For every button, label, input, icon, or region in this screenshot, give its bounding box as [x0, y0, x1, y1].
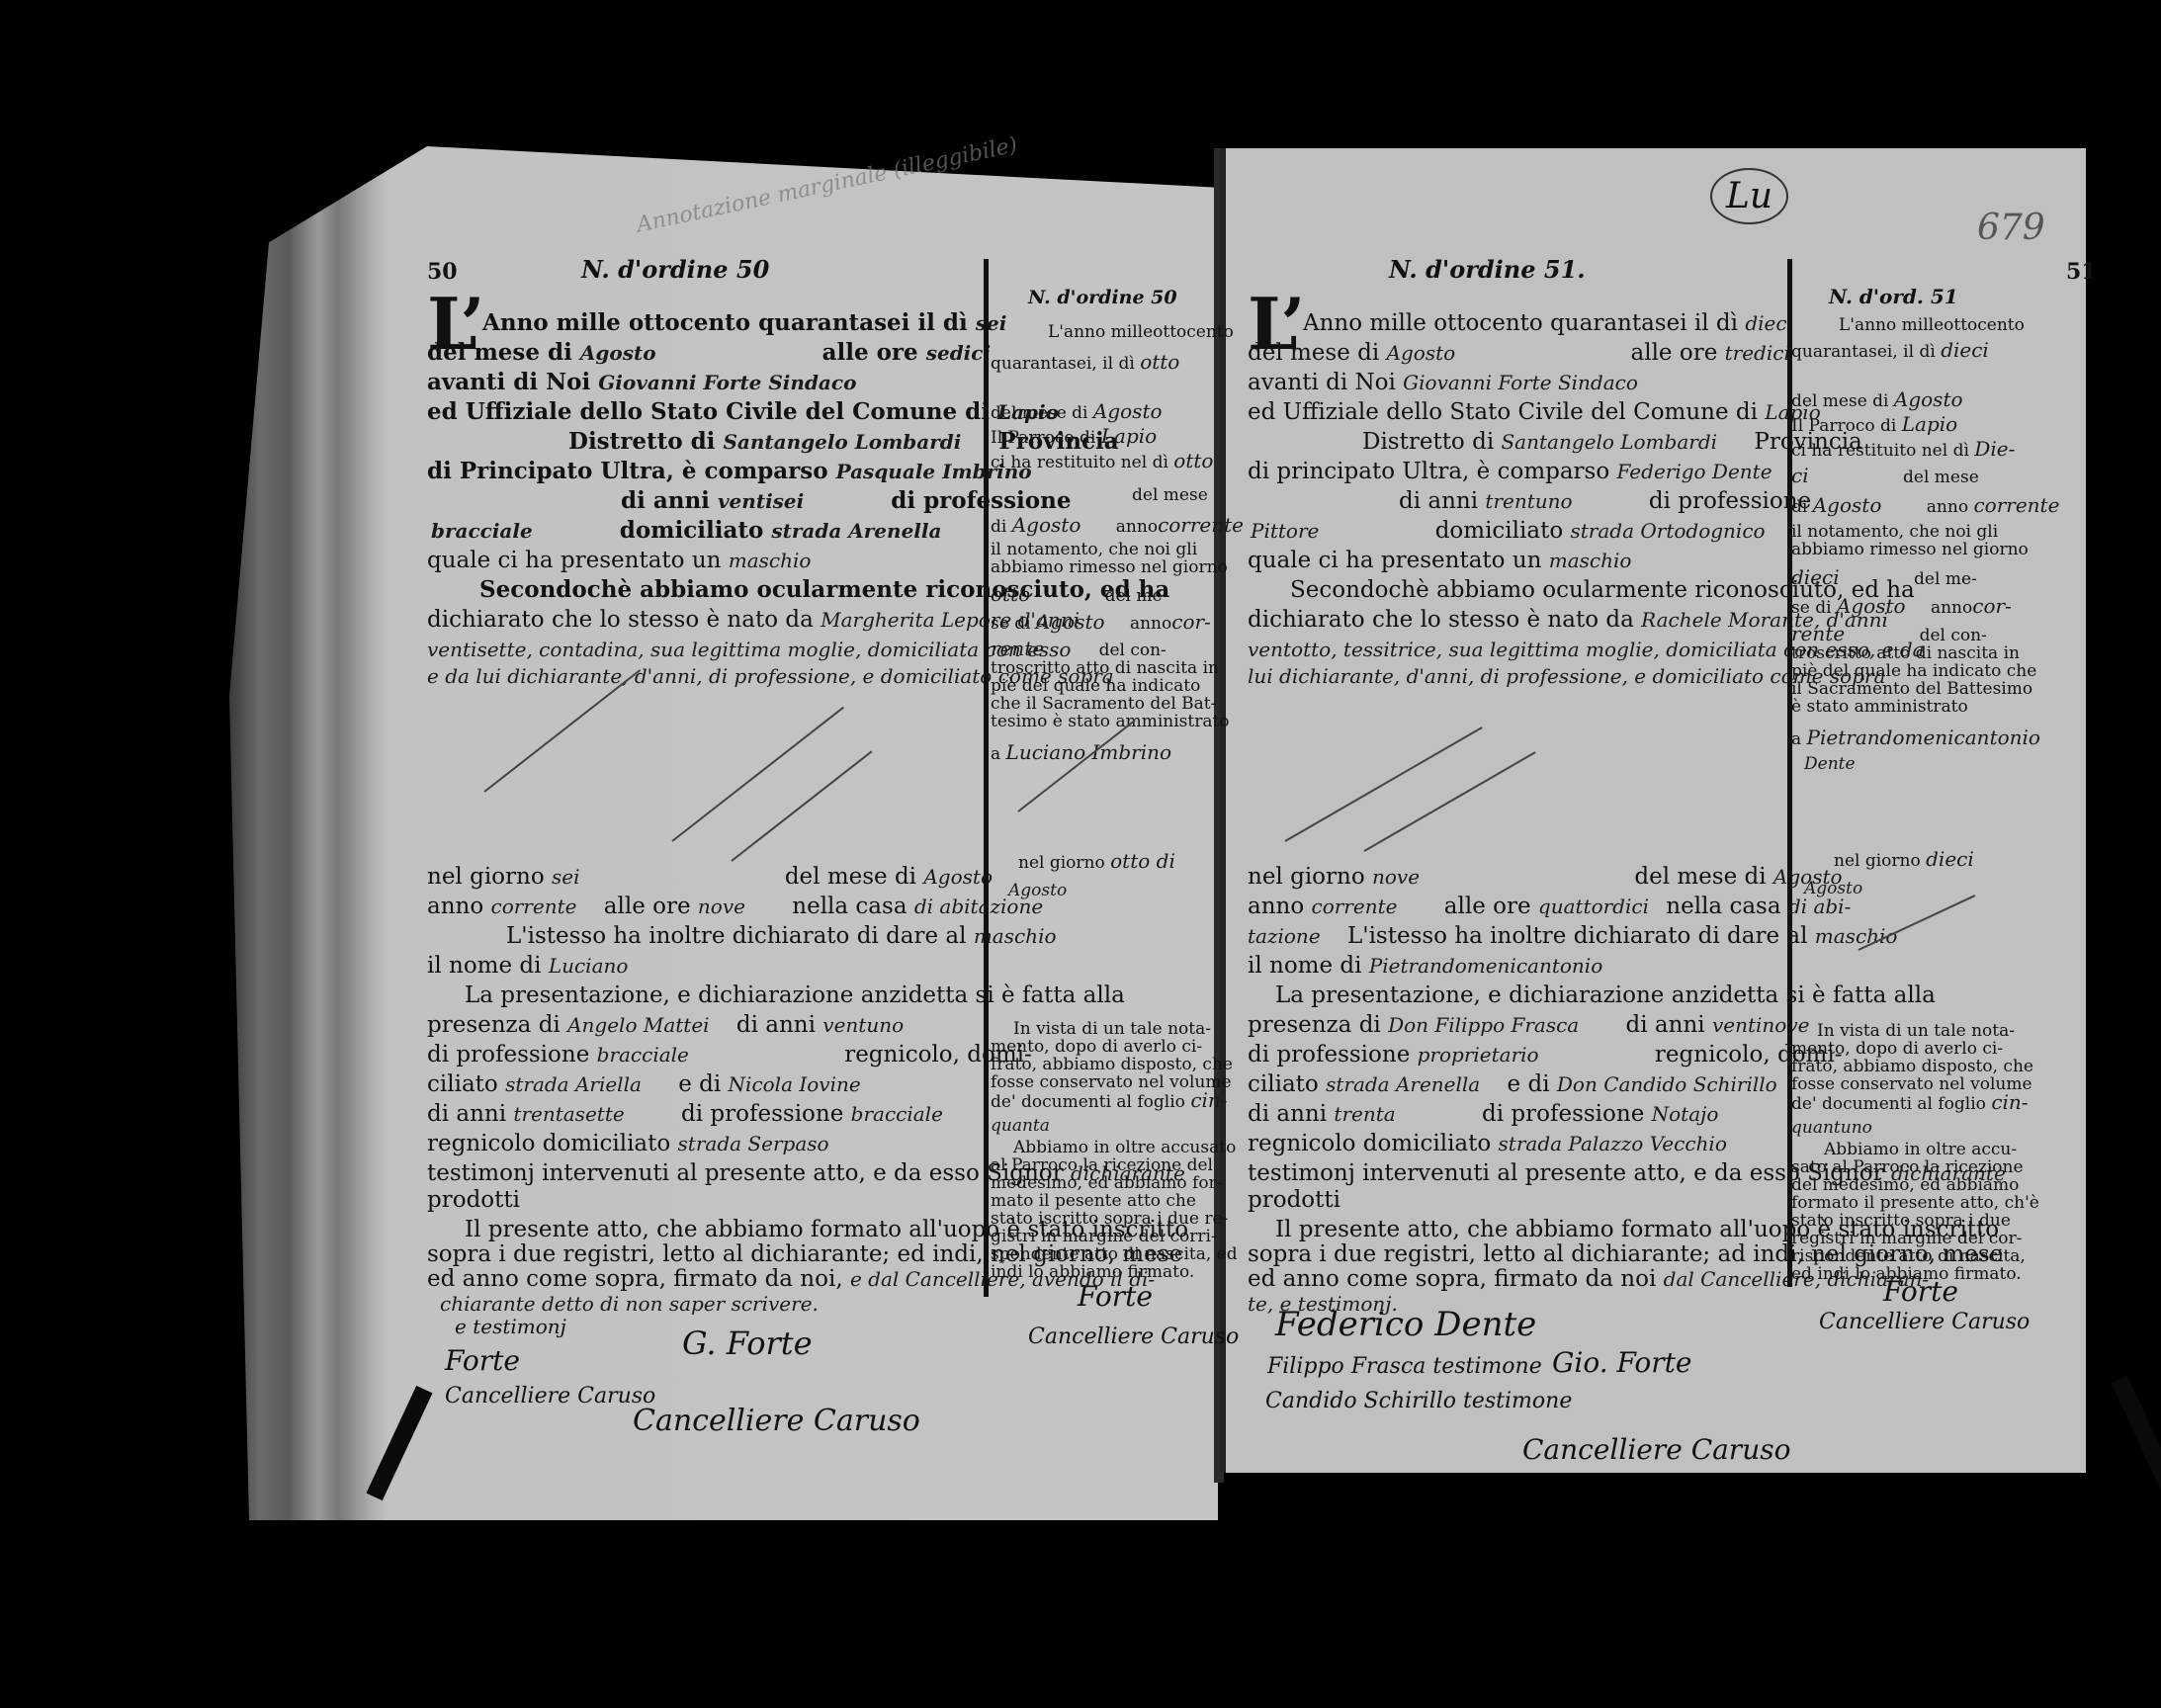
printed-text: il nome di — [427, 953, 542, 979]
handwritten-year: corrente — [491, 895, 577, 918]
handwritten-mayor: Giovanni Forte Sindaco — [1403, 371, 1638, 394]
folio-number: 679 — [1977, 208, 2045, 248]
printed-text: L'anno milleottocento — [1839, 314, 2025, 336]
printed-text: alle ore — [1631, 340, 1718, 366]
printed-text: di anni — [1399, 488, 1478, 514]
printed-text: tesimo è stato amministrato — [991, 711, 1230, 732]
printed-text: alle ore — [822, 339, 918, 366]
printed-text: ci ha restituito nel dì — [991, 453, 1168, 472]
printed-text: ci ha restituito nel dì — [1791, 441, 1969, 461]
handwritten-child-name: Pietrandomenicantonio — [1369, 954, 1602, 978]
handwritten-text: Dente — [1804, 753, 1856, 775]
handwritten-hour: tredici — [1725, 341, 1790, 365]
printed-text: testimonj intervenuti al presente atto, … — [427, 1160, 1064, 1186]
printed-text: di — [1791, 497, 1807, 517]
handwritten-text: ci — [1791, 464, 1809, 487]
handwritten-text: Agosto — [1804, 878, 1862, 899]
printed-text: anno — [1248, 894, 1304, 919]
printed-text: presenza di — [427, 1012, 561, 1038]
handwritten-witness1-address: strada Ariella — [505, 1072, 642, 1096]
printed-text: Il Parroco di — [991, 428, 1095, 448]
printed-text: del me- — [1914, 569, 1977, 589]
signature: Filippo Frasca testimone — [1267, 1354, 1542, 1379]
handwritten-text: dieci — [1926, 847, 1974, 871]
printed-text: di anni — [736, 1012, 816, 1038]
signature: Cancelliere Caruso — [1819, 1310, 2030, 1334]
printed-text: di principato Ultra, è comparso — [1248, 459, 1609, 484]
printed-text: nella casa — [1666, 894, 1780, 919]
handwritten-birth-hour: nove — [698, 895, 745, 918]
column-divider — [984, 259, 989, 1297]
printed-text: ciliato — [427, 1071, 498, 1097]
handwritten-text: chiarante detto di non saper scrivere. — [440, 1290, 819, 1318]
handwritten-witness1-address: strada Arenella — [1326, 1072, 1480, 1096]
printed-text: se di — [1791, 598, 1832, 618]
handwritten-mayor: Giovanni Forte Sindaco — [598, 371, 856, 394]
printed-text: è stato amministrato — [1791, 696, 1968, 718]
printed-text: Distretto di — [1362, 429, 1494, 455]
handwritten-place: tazione — [1248, 924, 1321, 948]
handwritten-child-name: Luciano — [549, 954, 629, 978]
printed-text: quarantasei, il dì — [1791, 342, 1936, 362]
printed-text: Distretto di — [568, 428, 715, 455]
handwritten-year: corrente — [1312, 895, 1398, 918]
handwritten-text: Agosto — [1012, 513, 1081, 537]
record-header: N. d'ordine 51. — [1389, 255, 1586, 284]
printed-text: alle ore — [604, 894, 691, 919]
record-header: N. d'ordine 50 — [581, 255, 769, 284]
printed-text: nel giorno — [1018, 853, 1105, 873]
printed-text: abbiamo rimesso nel giorno — [1791, 539, 2029, 560]
signature: Cancelliere Caruso — [1028, 1324, 1239, 1349]
handwritten-text: otto — [1173, 449, 1213, 472]
signature: Forte — [1078, 1280, 1153, 1313]
handwritten-declarant: Federigo Dente — [1617, 460, 1772, 483]
printed-text: di professione — [891, 487, 1071, 514]
printed-text: del mese di — [1791, 391, 1888, 411]
handwritten-profession: Pittore — [1251, 519, 1319, 543]
printed-text: abbiamo rimesso nel giorno — [991, 556, 1228, 578]
printed-text: del mese di — [1634, 864, 1766, 890]
printed-text: del mese di — [427, 339, 572, 366]
printed-text: e di — [678, 1071, 721, 1097]
handwritten-birth-hour: quattordici — [1538, 895, 1649, 918]
printed-text: ed Uffiziale dello Stato Civile del Comu… — [1248, 399, 1758, 425]
printed-text: L'istesso ha inoltre dichiarato di dare … — [1347, 923, 1808, 949]
printed-text: a — [1791, 729, 1801, 749]
signature: Cancelliere Caruso — [633, 1404, 920, 1438]
printed-text: ed anno come sopra, firmato da noi — [1248, 1266, 1656, 1292]
printed-text: domiciliato — [1435, 518, 1564, 544]
printed-text: L'istesso ha inoltre dichiarato di dare … — [506, 923, 967, 949]
handwritten-text: otto — [1140, 350, 1179, 374]
printed-text: domiciliato — [620, 517, 764, 544]
handwritten-text: Luciano Imbrino — [1006, 740, 1172, 764]
handwritten-witness1: Don Filippo Frasca — [1388, 1013, 1579, 1037]
handwritten-witness2: Nicola Iovine — [729, 1072, 861, 1096]
handwritten-text: cor- — [1972, 594, 2012, 618]
signature: Forte — [445, 1344, 520, 1377]
printed-text: La presentazione, e dichiarazione anzide… — [465, 982, 1125, 1009]
handwritten-text: dieci — [1941, 338, 1989, 362]
printed-text: di — [991, 517, 1006, 537]
printed-text: quale ci ha presentato un — [1248, 548, 1541, 573]
printed-text: anno — [1927, 497, 1968, 517]
printed-text: nella casa — [792, 894, 907, 919]
printed-text: e di — [1508, 1071, 1550, 1097]
printed-text: di professione — [1248, 1042, 1410, 1067]
handwritten-address: strada Arenella — [771, 519, 941, 543]
printed-text: Il Parroco di — [1791, 416, 1896, 436]
handwritten-text: cin- — [1991, 1090, 2028, 1114]
printed-text: ed anno come sopra, firmato da noi, — [427, 1266, 843, 1292]
handwritten-mother-details: ventisette, contadina, sua legittima mog… — [427, 636, 1071, 663]
printed-text: del me- — [1105, 586, 1168, 606]
handwritten-text: Lapio — [1101, 424, 1157, 448]
printed-text: del mese di — [785, 864, 916, 890]
handwritten-text: Agosto — [1093, 399, 1163, 423]
printed-text: a — [991, 744, 1000, 764]
printed-text: di professione — [1482, 1101, 1644, 1127]
signature: e testimonj — [455, 1315, 566, 1338]
printed-text: dichiarato che lo stesso è nato da — [1248, 607, 1634, 633]
handwritten-address: strada Ortodognico — [1571, 519, 1766, 543]
handwritten-day: dieci — [1745, 311, 1793, 335]
printed-text: anno — [1931, 598, 1972, 618]
printed-text: regnicolo domiciliato — [427, 1131, 670, 1156]
handwritten-age: trentuno — [1485, 489, 1572, 513]
printed-text: di professione — [427, 1042, 589, 1067]
printed-text: presenza di — [1248, 1012, 1381, 1038]
handwritten-text: dieci — [1791, 565, 1840, 589]
handwritten-witness1-prof: proprietario — [1418, 1043, 1539, 1067]
handwritten-text: Agosto — [1813, 493, 1882, 517]
handwritten-text: quanta — [991, 1115, 1050, 1137]
printed-text: anno — [1116, 517, 1158, 537]
printed-text: prodotti — [427, 1186, 520, 1214]
printed-text: del mese — [1903, 468, 1979, 487]
signature: Federico Dente — [1275, 1305, 1536, 1344]
printed-text: ciliato — [1248, 1071, 1319, 1097]
handwritten-text: Die- — [1974, 437, 2015, 461]
printed-text: nel giorno — [427, 864, 545, 890]
signature: Candido Schirillo testimone — [1265, 1389, 1572, 1413]
handwritten-hour: sedici — [926, 341, 991, 365]
handwritten-text: otto di — [1110, 849, 1175, 873]
handwritten-witness1: Angelo Mattei — [567, 1013, 709, 1037]
printed-text: avanti di Noi — [427, 369, 590, 395]
handwritten-district: Santangelo Lombardi — [723, 430, 961, 454]
page-clip — [2111, 1376, 2161, 1491]
printed-text: regnicolo domiciliato — [1248, 1131, 1491, 1156]
stamp: Lu — [1710, 168, 1788, 224]
printed-text: di professione — [681, 1101, 843, 1127]
printed-text: il nome di — [1248, 953, 1362, 979]
handwritten-birth-month: Agosto — [923, 865, 993, 889]
printed-text: ed Uffiziale dello Stato Civile del Comu… — [427, 398, 990, 425]
printed-text: anno — [1130, 614, 1171, 634]
printed-text: di Principato Ultra, è comparso — [427, 458, 828, 484]
printed-text: alle ore — [1444, 894, 1531, 919]
printed-text: Anno mille ottocento quarantasei il dì — [1303, 310, 1738, 336]
handwritten-witness2-prof: bracciale — [851, 1102, 943, 1126]
handwritten-text: corrente — [1158, 513, 1244, 537]
handwritten-month: Agosto — [1387, 341, 1456, 365]
printed-text: de' documenti al foglio — [991, 1092, 1185, 1112]
handwritten-text: corrente — [1973, 493, 2059, 517]
handwritten-witness1-prof: bracciale — [597, 1043, 689, 1067]
handwritten-witness1-age: ventinove — [1712, 1013, 1810, 1037]
printed-text: del mese di — [991, 403, 1087, 423]
side-header: N. d'ord. 51 — [1829, 285, 1958, 308]
handwritten-age: ventisei — [718, 489, 804, 513]
handwritten-day: sei — [976, 311, 1007, 335]
printed-text: nel giorno — [1248, 864, 1365, 890]
printed-text: La presentazione, e dichiarazione anzide… — [1275, 982, 1936, 1009]
printed-text: nel giorno — [1834, 851, 1921, 871]
signature: Cancelliere Caruso — [1522, 1433, 1790, 1466]
handwritten-birth-day: sei — [552, 865, 580, 889]
handwritten-text: Agosto — [1894, 387, 1963, 411]
handwritten-profession: bracciale — [431, 519, 533, 543]
signature: G. Forte — [682, 1324, 813, 1362]
printed-text: avanti di Noi — [1248, 370, 1396, 395]
signature: Forte — [1883, 1275, 1958, 1308]
printed-text: di anni — [621, 487, 710, 514]
handwritten-month: Agosto — [580, 341, 656, 365]
handwritten-text: cor- — [1171, 610, 1211, 634]
handwritten-text: Lapio — [1902, 412, 1957, 436]
handwritten-witness2-age: trenta — [1334, 1102, 1395, 1126]
page-number: 51 — [2066, 259, 2097, 285]
printed-text: anno — [427, 894, 483, 919]
side-header: N. d'ordine 50 — [1028, 287, 1177, 308]
signature: Cancelliere Caruso — [445, 1384, 655, 1409]
handwritten-text: Pietrandomenicantonio — [1807, 726, 2040, 749]
printed-text: quarantasei, il dì — [991, 354, 1135, 374]
handwritten-sex: maschio — [729, 549, 812, 572]
printed-text: di anni — [1248, 1101, 1327, 1127]
printed-text: di anni — [427, 1101, 506, 1127]
handwritten-district: Santangelo Lombardi — [1501, 430, 1717, 454]
handwritten-text: Agosto — [1008, 880, 1067, 901]
printed-text: Anno mille ottocento quarantasei il dì — [482, 309, 968, 336]
handwritten-witness2-prof: Notajo — [1652, 1102, 1719, 1126]
printed-text: de' documenti al foglio — [1791, 1094, 1986, 1114]
printed-text: L'anno milleottocento — [1048, 321, 1234, 343]
handwritten-sex: maschio — [1549, 549, 1632, 572]
handwritten-birth-day: nove — [1372, 865, 1420, 889]
printed-text: se di — [991, 614, 1031, 634]
handwritten-text: quantuno — [1791, 1117, 1872, 1139]
printed-text: di anni — [1626, 1012, 1705, 1038]
handwritten-witness2: Don Candido Schirillo — [1557, 1072, 1777, 1096]
handwritten-text: otto — [991, 582, 1030, 606]
printed-text: quale ci ha presentato un — [427, 548, 721, 573]
printed-text: del mese — [1132, 484, 1208, 506]
handwritten-text: Agosto — [1036, 610, 1105, 634]
printed-text: del mese di — [1248, 340, 1379, 366]
signature: Gio. Forte — [1552, 1346, 1691, 1379]
handwritten-text: Agosto — [1837, 594, 1906, 618]
handwritten-witness2-address: strada Palazzo Vecchio — [1499, 1132, 1727, 1155]
printed-text: dichiarato che lo stesso è nato da — [427, 607, 814, 633]
handwritten-text: cin- — [1190, 1088, 1227, 1112]
handwritten-witness2-age: trentasette — [513, 1102, 624, 1126]
handwritten-witness1-age: ventuno — [822, 1013, 904, 1037]
printed-text: prodotti — [1248, 1186, 1340, 1214]
handwritten-witness2-address: strada Serpaso — [678, 1132, 829, 1155]
